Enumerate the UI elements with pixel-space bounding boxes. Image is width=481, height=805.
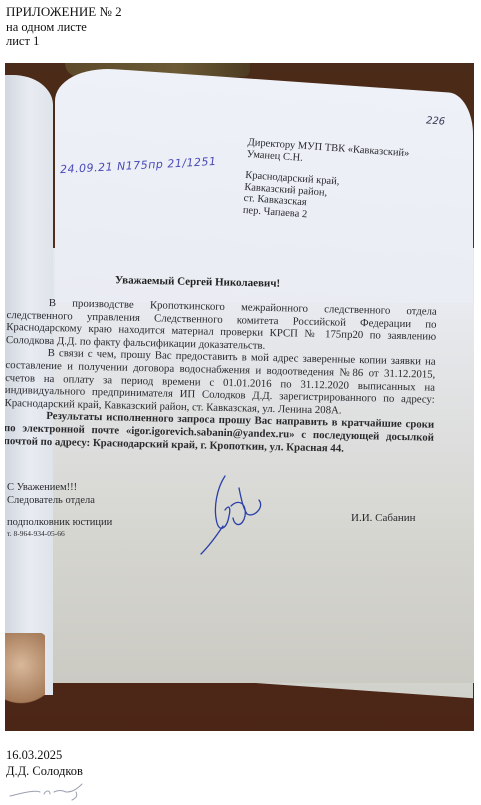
position: Следователь отдела xyxy=(7,494,112,507)
phone: т. 8-964-934-05-66 xyxy=(7,529,112,538)
footer: 16.03.2025 Д.Д. Солодков xyxy=(6,747,83,779)
addressee-block: Директору МУП ТВК «Кавказский» Уманец С.… xyxy=(242,137,409,227)
signer-name: И.И. Сабанин xyxy=(351,512,416,524)
appendix-header: ПРИЛОЖЕНИЕ № 2 на одном листе лист 1 xyxy=(6,5,122,49)
closing-block: С Уважением!!! Следователь отдела подпол… xyxy=(7,481,112,538)
appendix-title: ПРИЛОЖЕНИЕ № 2 xyxy=(6,5,122,20)
hand-fingers xyxy=(5,633,45,713)
footer-date: 16.03.2025 xyxy=(6,747,83,763)
document-photo: 226 Директору МУП ТВК «Кавказский» Умане… xyxy=(5,63,474,731)
rank: подполковник юстиции xyxy=(7,516,112,529)
footer-name: Д.Д. Солодков xyxy=(6,763,83,779)
footer-signature-icon xyxy=(6,778,96,802)
paragraph: В связи с чем, прошу Вас предоставить в … xyxy=(5,346,436,419)
appendix-sheets-note: на одном листе xyxy=(6,20,122,35)
page-number: 226 xyxy=(426,115,446,127)
signature-icon xyxy=(195,468,275,558)
appendix-sheet-number: лист 1 xyxy=(6,34,122,49)
closing-phrase: С Уважением!!! xyxy=(7,481,112,494)
letter-body: В производстве Кропоткинского межрайонно… xyxy=(5,296,437,457)
